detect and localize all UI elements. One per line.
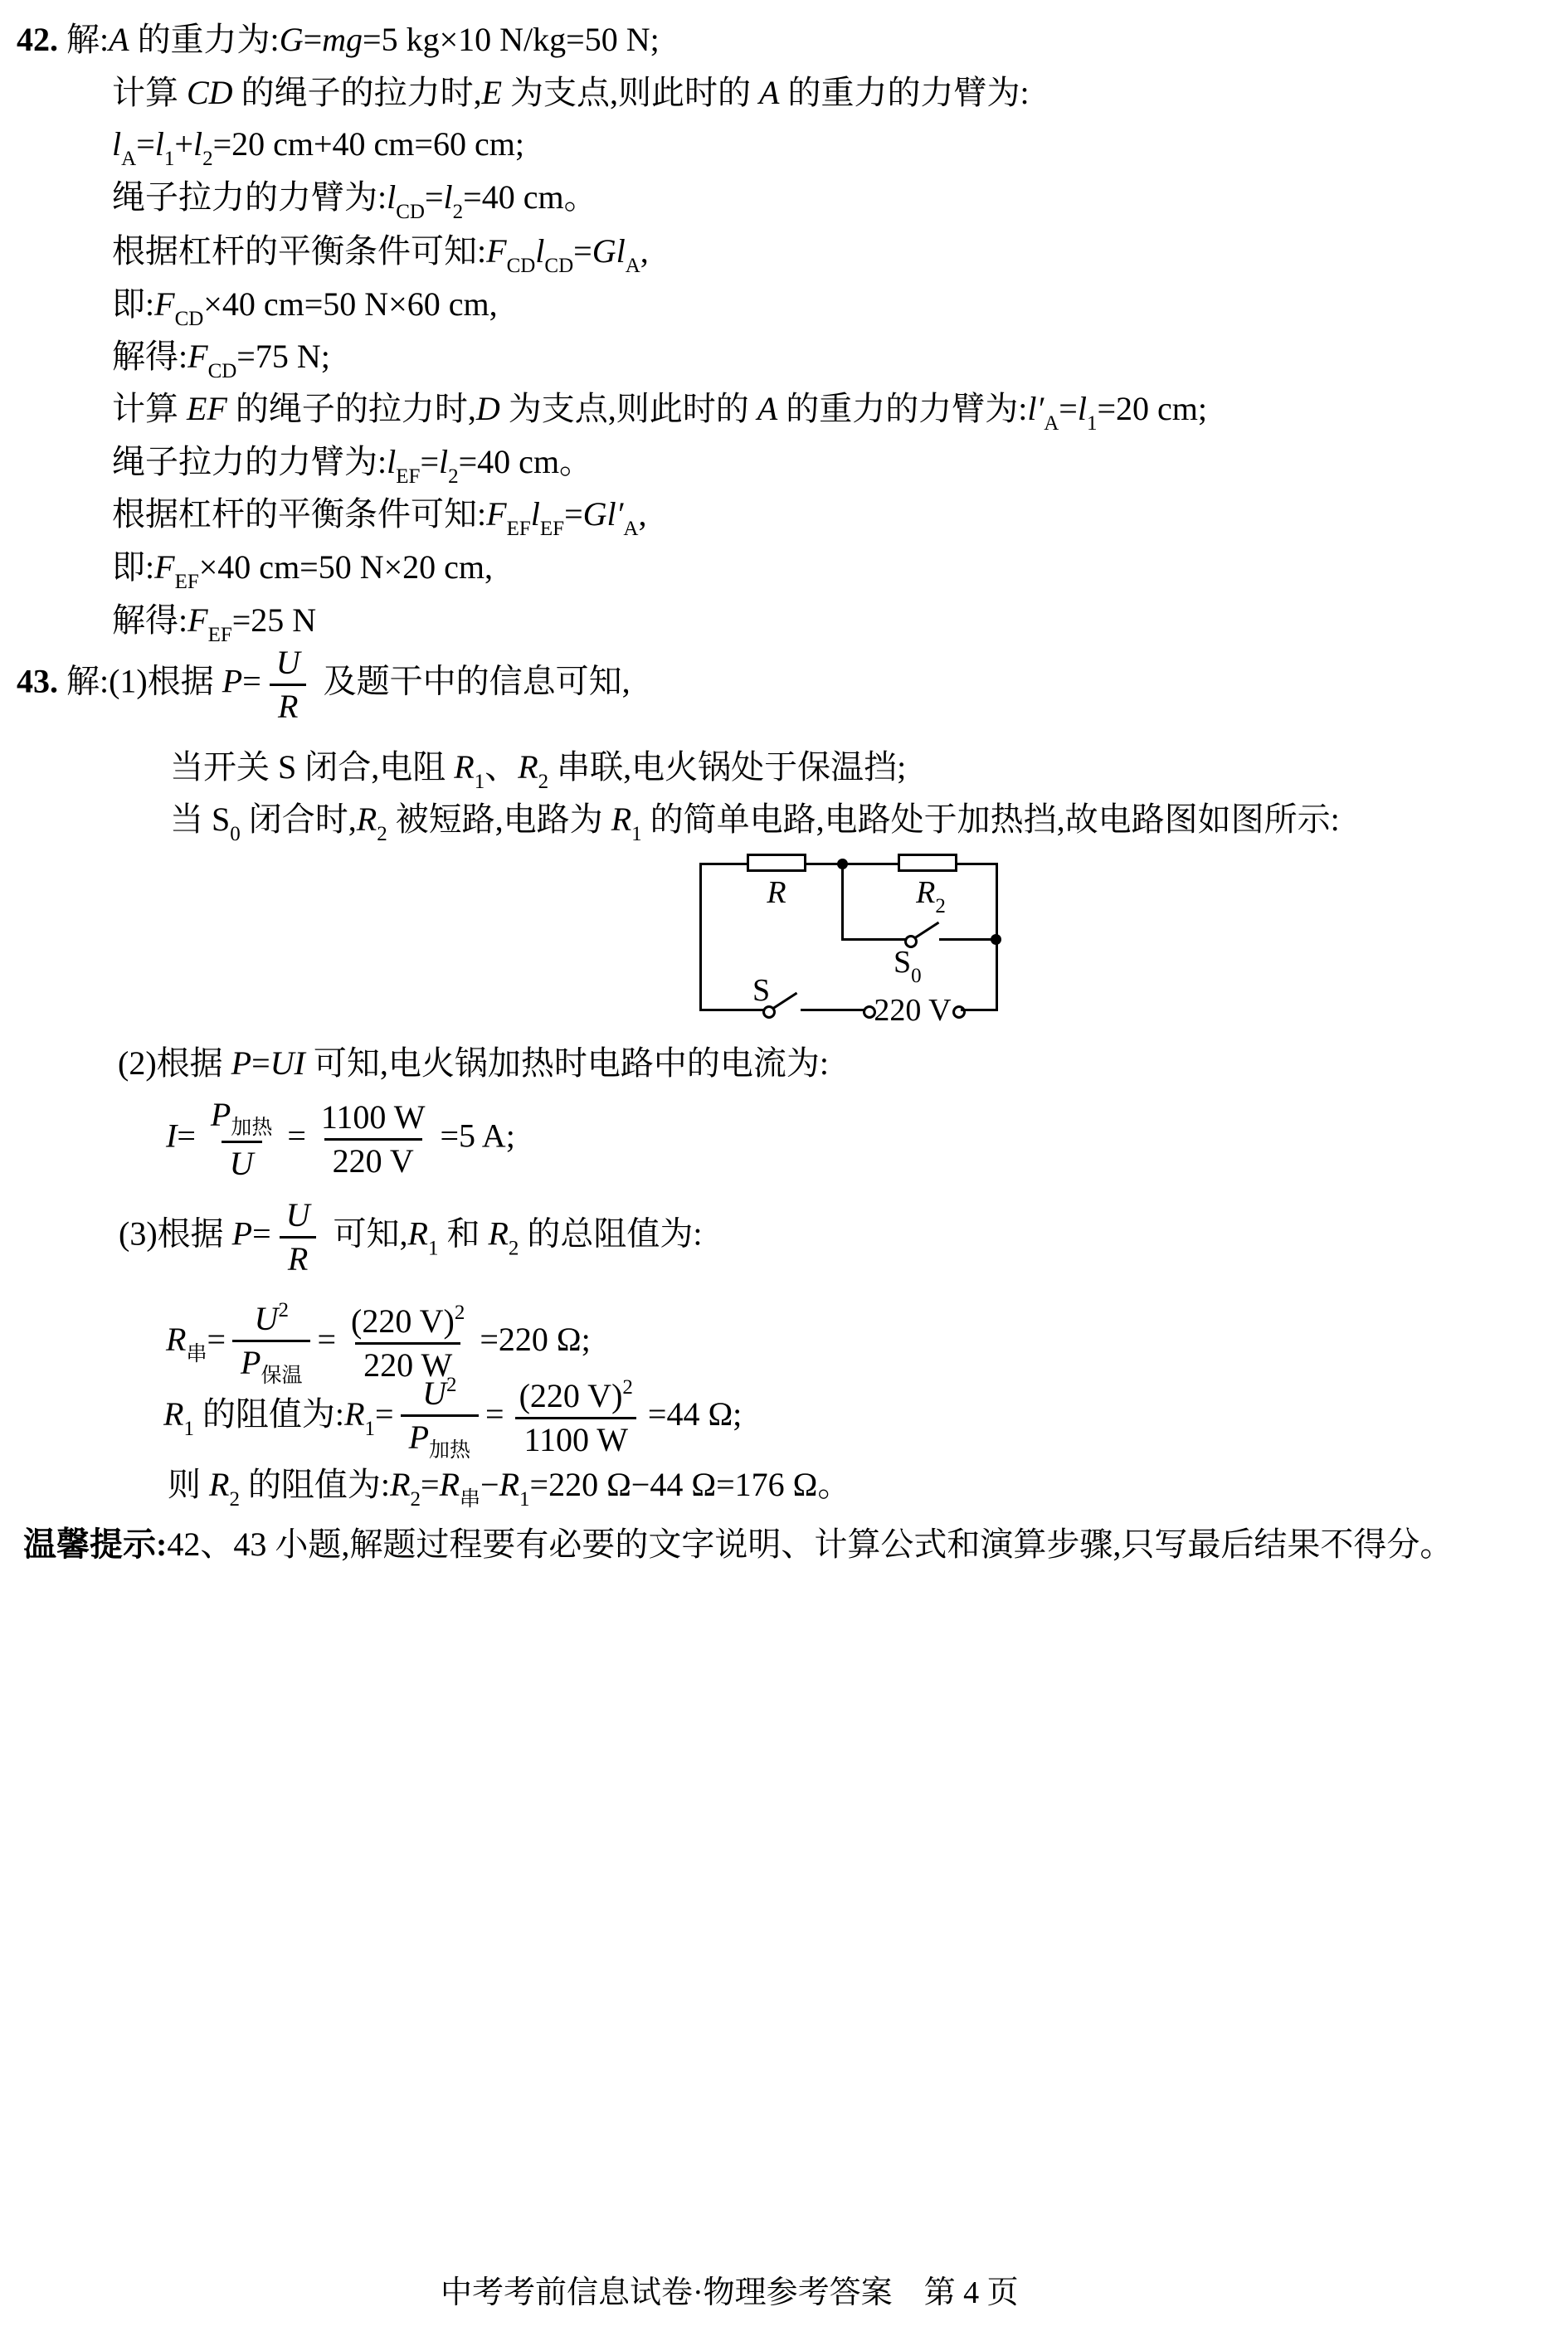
wire-bottom-left [699, 1009, 764, 1011]
switch-s0-label: S0 [894, 946, 922, 986]
q42-line-lever-cd: 根据杠杆的平衡条件可知:FCDlCD=GlA, [112, 231, 649, 276]
wire-left [699, 863, 702, 1011]
q42-line-lef: 绳子拉力的力臂为:lEF=l2=40 cm。 [112, 442, 592, 487]
supply-terminal-right [952, 1005, 966, 1019]
switch-s-blade [772, 992, 797, 1010]
page-footer: 中考考前信息试卷·物理参考答案 第 4 页 [441, 2273, 1019, 2313]
resistor-r1-label: R [747, 876, 806, 909]
wire-branch-vertical [841, 864, 844, 941]
q43-line-part3: (3)根据 P=UR 可知,R1 和 R2 的总阻值为: [119, 1195, 703, 1280]
q42-line-la: lA=l1+l2=20 cm+40 cm=60 cm; [112, 124, 524, 169]
wire-bottom-right [961, 1009, 998, 1011]
q43-line-r1: R1 的阻值为:R1=U2P加热=(220 V)21100 W=44 Ω; [163, 1372, 742, 1463]
resistor-r1 [747, 854, 806, 872]
wire-branch-horizontal [841, 938, 905, 941]
supply-voltage-label: 220 V [871, 994, 954, 1027]
answer-sheet-page: 42. 解:A 的重力为:G=mg=5 kg×10 N/kg=50 N; 计算 … [0, 0, 1568, 2336]
q43-line-part2: (2)根据 P=UI 可知,电火锅加热时电路中的电流为: [118, 1044, 829, 1083]
resistor-r2 [898, 854, 957, 872]
circuit-diagram: R R2 S0 S 220 V [699, 853, 1001, 1019]
q42-line-ef-intro: 计算 EF 的绳子的拉力时,D 为支点,则此时的 A 的重力的力臂为:l′A=l… [112, 389, 1207, 434]
q42-line-fef-result: 解得:FEF=25 N [112, 601, 316, 645]
wire-top-middle [806, 863, 899, 865]
q42-line-lcd: 绳子拉力的力臂为:lCD=l2=40 cm。 [112, 178, 597, 222]
q42-line-fcd-result: 解得:FCD=75 N; [112, 337, 330, 382]
q42-line-lever-ef: 根据杠杆的平衡条件可知:FEFlEF=Gl′A, [112, 494, 646, 539]
q43-line-part1: 43. 解:(1)根据 P=UR 及题干中的信息可知, [17, 642, 631, 728]
q42-line-cd-intro: 计算 CD 的绳子的拉力时,E 为支点,则此时的 A 的重力的力臂为: [112, 73, 1030, 113]
switch-s-label: S [752, 974, 770, 1007]
junction-node-right [991, 934, 1001, 945]
q42-line-weight: 42. 解:A 的重力为:G=mg=5 kg×10 N/kg=50 N; [17, 20, 660, 60]
tip-line: 温馨提示:42、43 小题,解题过程要有必要的文字说明、计算公式和演算步骤,只写… [23, 1525, 1453, 1565]
q43-line-r2: 则 R2 的阻值为:R2=R串−R1=220 Ω−44 Ω=176 Ω。 [168, 1465, 850, 1510]
q42-line-fcd-eq: 即:FCD×40 cm=50 N×60 cm, [112, 285, 498, 329]
resistor-r2-label: R2 [898, 876, 964, 917]
switch-s0-blade [914, 922, 939, 939]
wire-top-left [699, 863, 749, 865]
q42-line-fef-eq: 即:FEF×40 cm=50 N×20 cm, [112, 547, 493, 592]
q43-line-current: I=P加热U=1100 W220 V=5 A; [166, 1094, 515, 1185]
q43-line-switch-s0: 当 S0 闭合时,R2 被短路,电路为 R1 的简单电路,电路处于加热挡,故电路… [170, 800, 1340, 844]
q43-line-switch-s: 当开关 S 闭合,电阻 R1、R2 串联,电火锅处于保温挡; [170, 747, 906, 792]
wire-branch-right [939, 938, 997, 941]
wire-bottom-middle [801, 1009, 864, 1011]
wire-top-right [957, 863, 998, 865]
